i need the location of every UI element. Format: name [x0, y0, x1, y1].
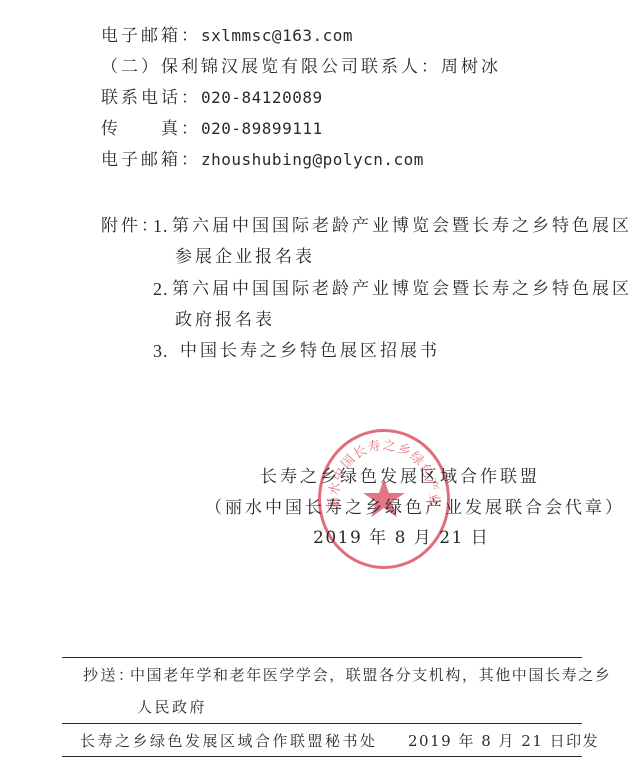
- phone-line: 联系电话：020-84120089: [101, 88, 323, 108]
- signature-org: 长寿之乡绿色发展区域合作联盟: [260, 467, 540, 487]
- attachments-label: 附件：: [101, 216, 161, 236]
- fax-label: 传 真：: [101, 119, 201, 139]
- issue-date: 2019 年 8 月 21 日印发: [408, 731, 599, 751]
- email-value: zhoushubing@polycn.com: [201, 150, 424, 169]
- phone-value: 020-84120089: [201, 88, 323, 107]
- phone-label: 联系电话：: [101, 88, 201, 108]
- attachment-item-2-line-2: 政府报名表: [175, 310, 275, 330]
- footer-middle-rule: [62, 723, 582, 724]
- signature-date: 2019 年 8 月 21 日: [313, 528, 489, 548]
- email-label: 电子邮箱：: [101, 26, 201, 46]
- email-line-2: 电子邮箱：zhoushubing@polycn.com: [101, 150, 424, 170]
- email-line-1: 电子邮箱：sxlmmsc@163.com: [101, 26, 353, 46]
- attachment-item-1-line-2: 参展企业报名表: [175, 247, 315, 267]
- attachment-number: 2.: [153, 279, 169, 299]
- fax-value: 020-89899111: [201, 119, 323, 138]
- cc-recipients-line-2: 人民政府: [137, 697, 207, 717]
- contact-org-heading: （二）保利锦汉展览有限公司联系人：周树冰: [101, 57, 501, 77]
- signature-seal-note: （丽水中国长寿之乡绿色产业发展联合会代章）: [205, 498, 625, 518]
- footer-bottom-rule: [62, 756, 582, 757]
- attachment-item-2-line-1: 第六届中国国际老龄产业博览会暨长寿之乡特色展区: [172, 279, 632, 299]
- issuer-office: 长寿之乡绿色发展区域合作联盟秘书处: [80, 731, 378, 751]
- cc-recipients-line-1: 中国老年学和老年医学学会，联盟各分支机构，其他中国长寿之乡: [130, 665, 611, 685]
- email-value: sxlmmsc@163.com: [201, 26, 353, 45]
- fax-line: 传 真：020-89899111: [101, 119, 323, 139]
- attachment-number: 1.: [153, 216, 169, 236]
- attachment-item-3: 中国长寿之乡特色展区招展书: [180, 341, 440, 361]
- attachment-item-1-line-1: 第六届中国国际老龄产业博览会暨长寿之乡特色展区: [172, 216, 632, 236]
- attachment-number: 3.: [153, 341, 169, 361]
- footer-top-rule: [62, 657, 582, 658]
- email-label: 电子邮箱：: [101, 150, 201, 170]
- cc-label: 抄送：: [83, 665, 136, 685]
